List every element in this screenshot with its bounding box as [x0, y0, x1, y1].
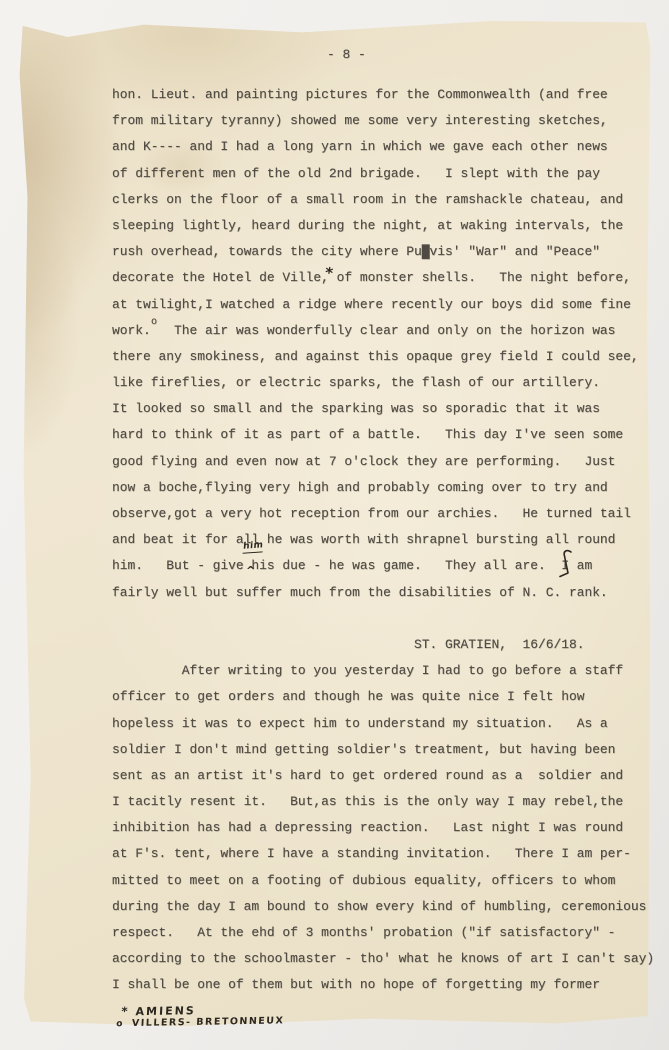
typed-line: decorate the Hotel de Ville, of monster …	[112, 265, 654, 291]
page-number: - 8 -	[327, 47, 366, 62]
typed-line: mitted to meet on a footing of dubious e…	[112, 868, 654, 894]
typed-line: good flying and even now at 7 o'clock th…	[112, 449, 654, 475]
typed-line: from military tyranny) showed me some ve…	[112, 108, 654, 134]
typed-line: at twilight,I watched a ridge where rece…	[112, 292, 654, 318]
typed-line: work. The air was wonderfully clear and …	[112, 318, 654, 344]
typed-line: observe,got a very hot reception from ou…	[112, 501, 654, 527]
typed-line: hon. Lieut. and painting pictures for th…	[112, 82, 654, 108]
blank-line	[112, 606, 654, 632]
footnote-text: VILLERS- BRETONNEUX	[132, 1015, 285, 1029]
typed-text-block: hon. Lieut. and painting pictures for th…	[112, 82, 654, 999]
typed-line: there any smokiness, and against this op…	[112, 344, 654, 370]
typed-line: now a boche,flying very high and probabl…	[112, 475, 654, 501]
typed-line: It looked so small and the sparking was …	[112, 396, 654, 422]
typed-line: sent as an artist it's hard to get order…	[112, 763, 654, 789]
typed-line: during the day I am bound to show every …	[112, 894, 654, 920]
hand-bracket-icon	[558, 549, 574, 584]
insertion-caret-icon: ^	[246, 564, 255, 577]
typed-line: inhibition has had a depressing reaction…	[112, 815, 654, 841]
dateline: ST. GRATIEN, 16/6/18.	[112, 632, 654, 658]
typed-line: officer to get orders and though he was …	[112, 684, 654, 710]
typed-line: sleeping lightly, heard during the night…	[112, 213, 654, 239]
typed-line: I tacitly resent it. But,as this is the …	[112, 789, 654, 815]
typed-line: and K---- and I had a long yarn in which…	[112, 134, 654, 160]
typed-line: according to the schoolmaster - tho' wha…	[112, 946, 654, 972]
typed-line: hard to think of it as part of a battle.…	[112, 422, 654, 448]
typed-line: After writing to you yesterday I had to …	[112, 658, 654, 684]
typed-line: clerks on the floor of a small room in t…	[112, 187, 654, 213]
footnote-o-symbol: o	[116, 1019, 124, 1029]
typed-line: hopeless it was to expect him to underst…	[112, 711, 654, 737]
typed-line: at F's. tent, where I have a standing in…	[112, 841, 654, 867]
handwritten-footnote: oVILLERS- BRETONNEUX	[96, 1004, 285, 1040]
typed-line-with-ink-blot: rush overhead, towards the city where Pu…	[112, 239, 654, 265]
scanned-letter-page: - 8 - hon. Lieut. and painting pictures …	[0, 0, 669, 1050]
superscript-o-mark: o	[151, 317, 157, 328]
inserted-word-him: him	[243, 540, 264, 554]
typed-line: soldier I don't mind getting soldier's t…	[112, 737, 654, 763]
typed-line: respect. At the ehd of 3 months' probati…	[112, 920, 654, 946]
typed-line: like fireflies, or electric sparks, the …	[112, 370, 654, 396]
typed-line: of different men of the old 2nd brigade.…	[112, 161, 654, 187]
